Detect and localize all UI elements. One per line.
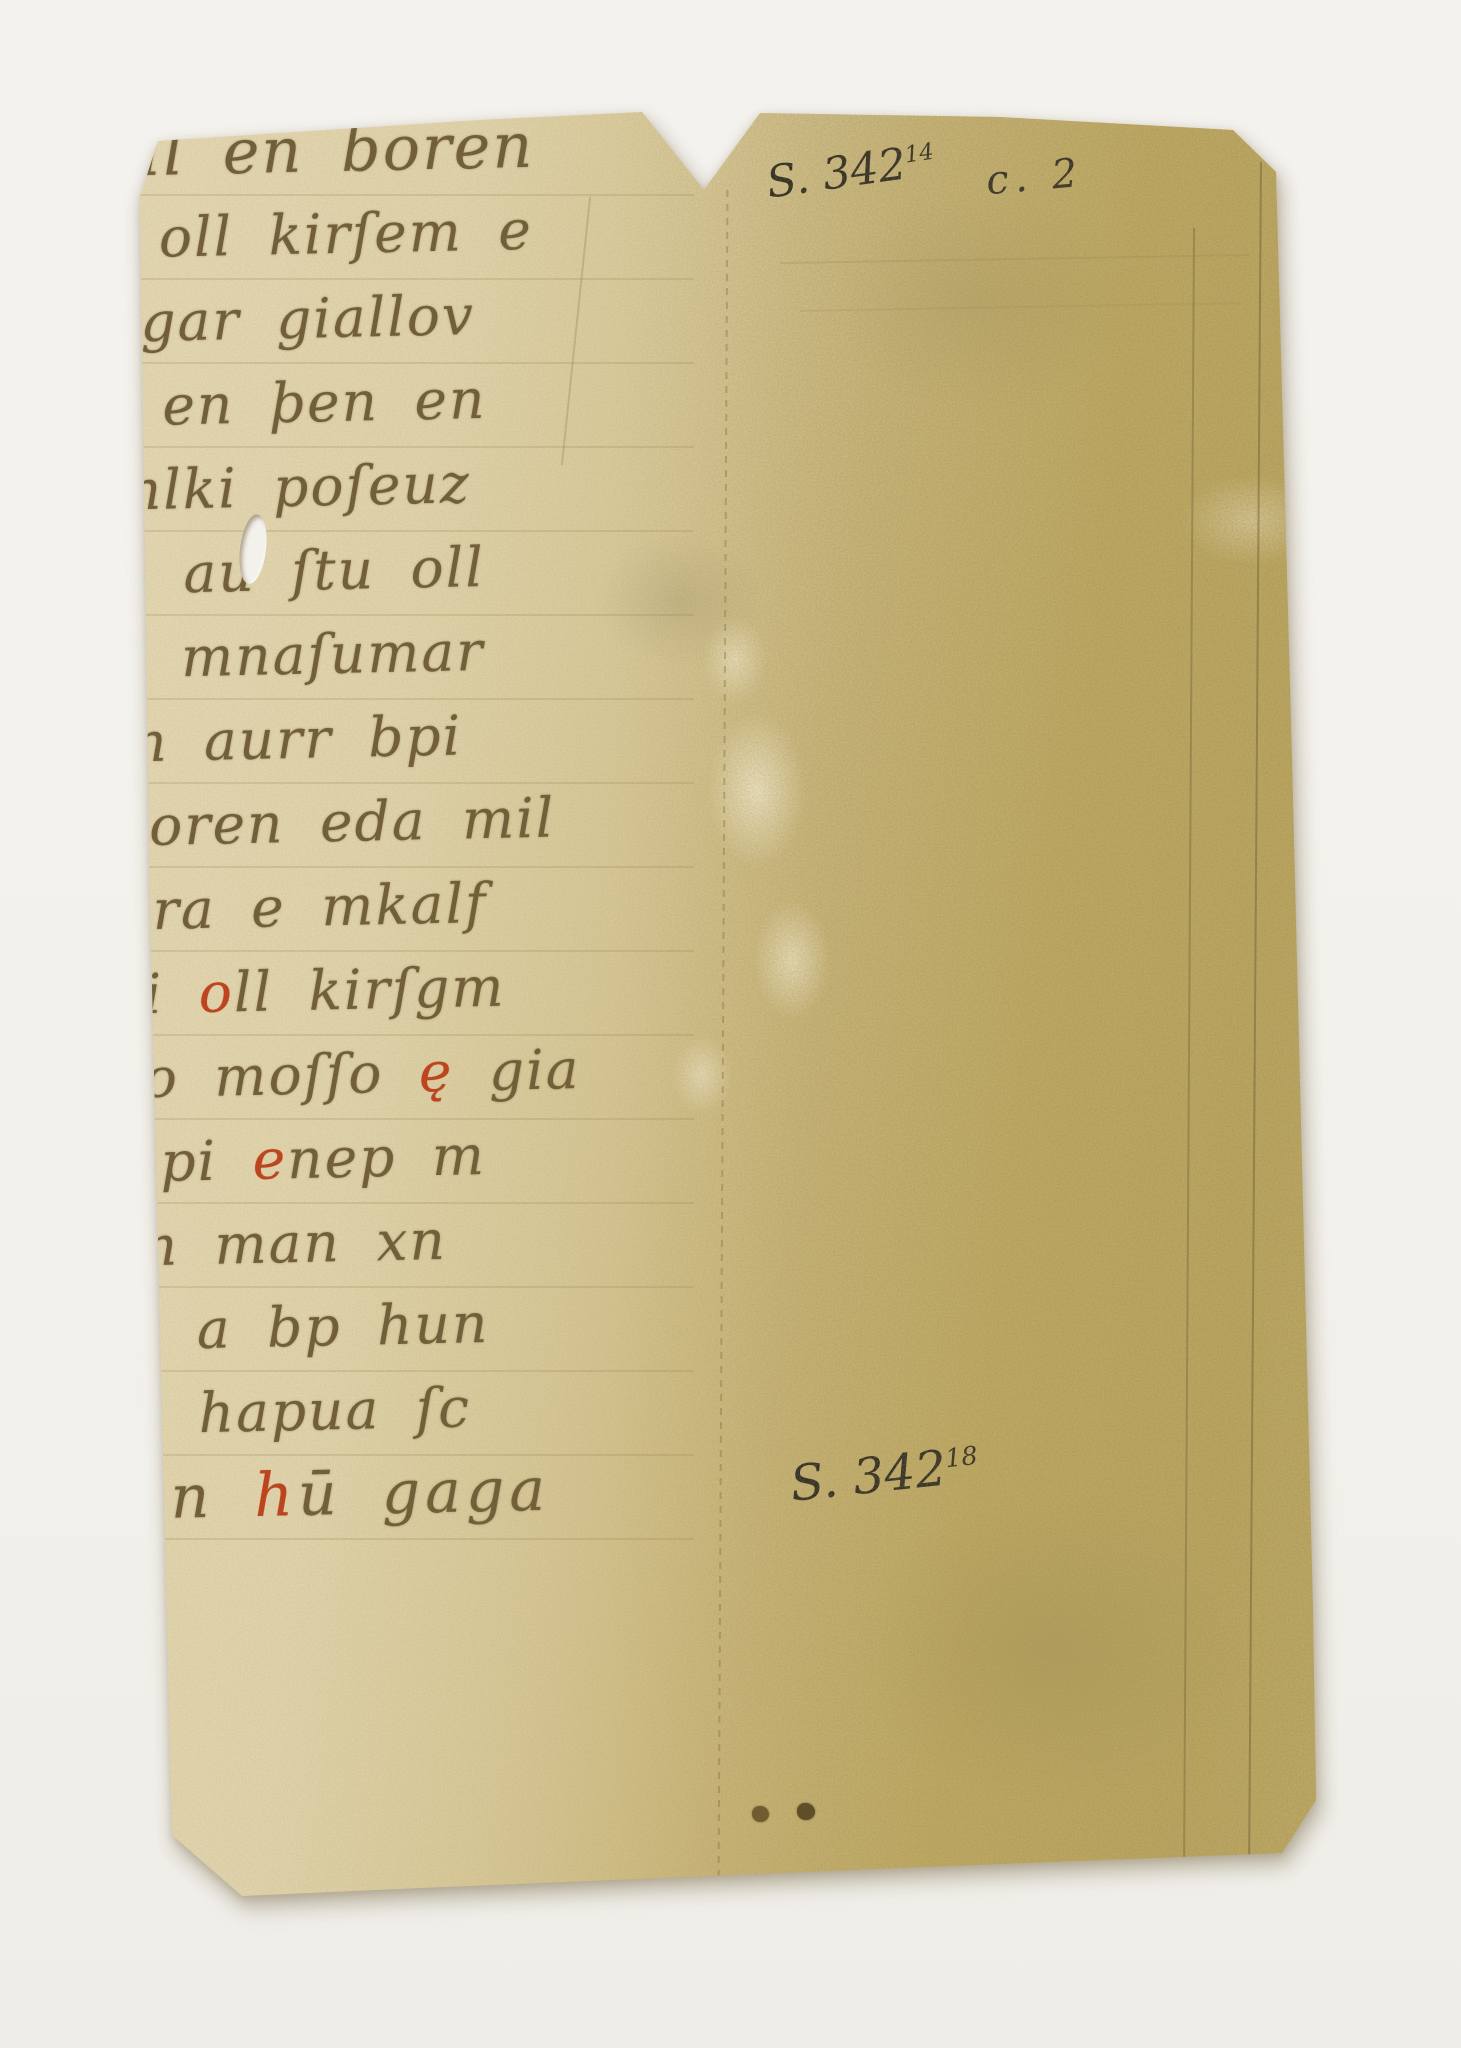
manuscript-words: a hapua ſc (128, 1375, 472, 1446)
manuscript-line: þ au ſtu oll (110, 519, 752, 616)
manuscript-line: ʒ mnaſumar (112, 603, 754, 700)
manuscript-line: oll en boren (101, 99, 743, 196)
rubricated-letters: e (252, 1127, 288, 1192)
horizontal-crease-1 (780, 254, 1250, 264)
parchment-fragment: oll en borenī oll kirſem eagar giallovi … (0, 0, 1461, 2048)
parchment-shadow-wrap: oll en borenī oll kirſem eagar giallovi … (0, 0, 1461, 2048)
manuscript-line: bpi enep m (122, 1107, 764, 1204)
ink-dot-left (752, 1806, 769, 1822)
manuscript-line: m man xn (124, 1191, 766, 1288)
shelfmark-top-number: S. 342 (763, 138, 909, 208)
manuscript-text-column: oll en borenī oll kirſem eagar giallovi … (101, 99, 771, 1540)
manuscript-words: gia (453, 1037, 581, 1104)
rubricated-letters: ę (418, 1040, 454, 1105)
manuscript-words: a a bp hun (126, 1291, 490, 1363)
manuscript-line: i en þen en (106, 351, 748, 448)
manuscript-words: ti (119, 961, 200, 1027)
rubricated-letters: o (198, 960, 234, 1025)
manuscript-line: mlki poſeuz (108, 435, 750, 532)
margin-rule-line-left (1183, 228, 1195, 1878)
manuscript-line: en hū gaga (129, 1443, 771, 1540)
chapter-annotation: c. 2 (984, 150, 1085, 204)
rubricated-letters: h (254, 1460, 299, 1531)
manuscript-line: m aurr bpi (113, 687, 755, 784)
horizontal-crease-2 (800, 302, 1240, 312)
chapter-mark-text: c. 2 (984, 150, 1085, 204)
shelfmark-top-superscript: 14 (903, 139, 935, 169)
shelfmark-annotation-bottom: S. 34218 (788, 1436, 982, 1512)
manuscript-line: ti oll kirſgm (119, 939, 761, 1036)
manuscript-words: ʒoren eda mil (115, 786, 556, 859)
manuscript-words: ī oll kirſem e (103, 198, 533, 271)
shelfmark-bottom-number: S. 342 (788, 1440, 950, 1513)
manuscript-line: ſo moſſo ę gia (120, 1023, 762, 1120)
manuscript-words: oll en boren (101, 109, 535, 191)
manuscript-words: ara e mkalf (117, 871, 488, 943)
manuscript-line: ara e mkalf (117, 855, 759, 952)
manuscript-words: nep m (286, 1123, 486, 1191)
manuscript-words: en (129, 1461, 255, 1534)
manuscript-line: a hapua ſc (128, 1359, 770, 1456)
manuscript-words: m man xn (124, 1208, 447, 1279)
manuscript-line: agar giallov (105, 267, 747, 364)
manuscript-line: a a bp hun (126, 1275, 768, 1372)
manuscript-words: ſo moſſo (121, 1040, 420, 1110)
manuscript-words: ʒ mnaſumar (112, 619, 485, 691)
manuscript-words: i en þen en (107, 367, 487, 439)
shelfmark-annotation-top: S. 34214 (763, 134, 938, 208)
manuscript-words: ū gaga (297, 1455, 550, 1530)
manuscript-photo: oll en borenī oll kirſem eagar giallovi … (0, 0, 1461, 2048)
ink-dot-right (797, 1803, 815, 1820)
margin-rule-line-right (1248, 162, 1262, 1877)
manuscript-line: ʒoren eda mil (115, 771, 757, 868)
manuscript-words: ll kirſgm (233, 955, 506, 1025)
manuscript-words: þ au ſtu oll (110, 535, 485, 607)
shelfmark-bottom-superscript: 18 (944, 1441, 979, 1474)
manuscript-words: mlki poſeuz (108, 451, 471, 523)
manuscript-words: bpi (122, 1128, 253, 1195)
manuscript-line: ī oll kirſem e (103, 183, 745, 280)
manuscript-words: agar giallov (105, 283, 476, 355)
manuscript-words: m aurr bpi (114, 703, 463, 774)
